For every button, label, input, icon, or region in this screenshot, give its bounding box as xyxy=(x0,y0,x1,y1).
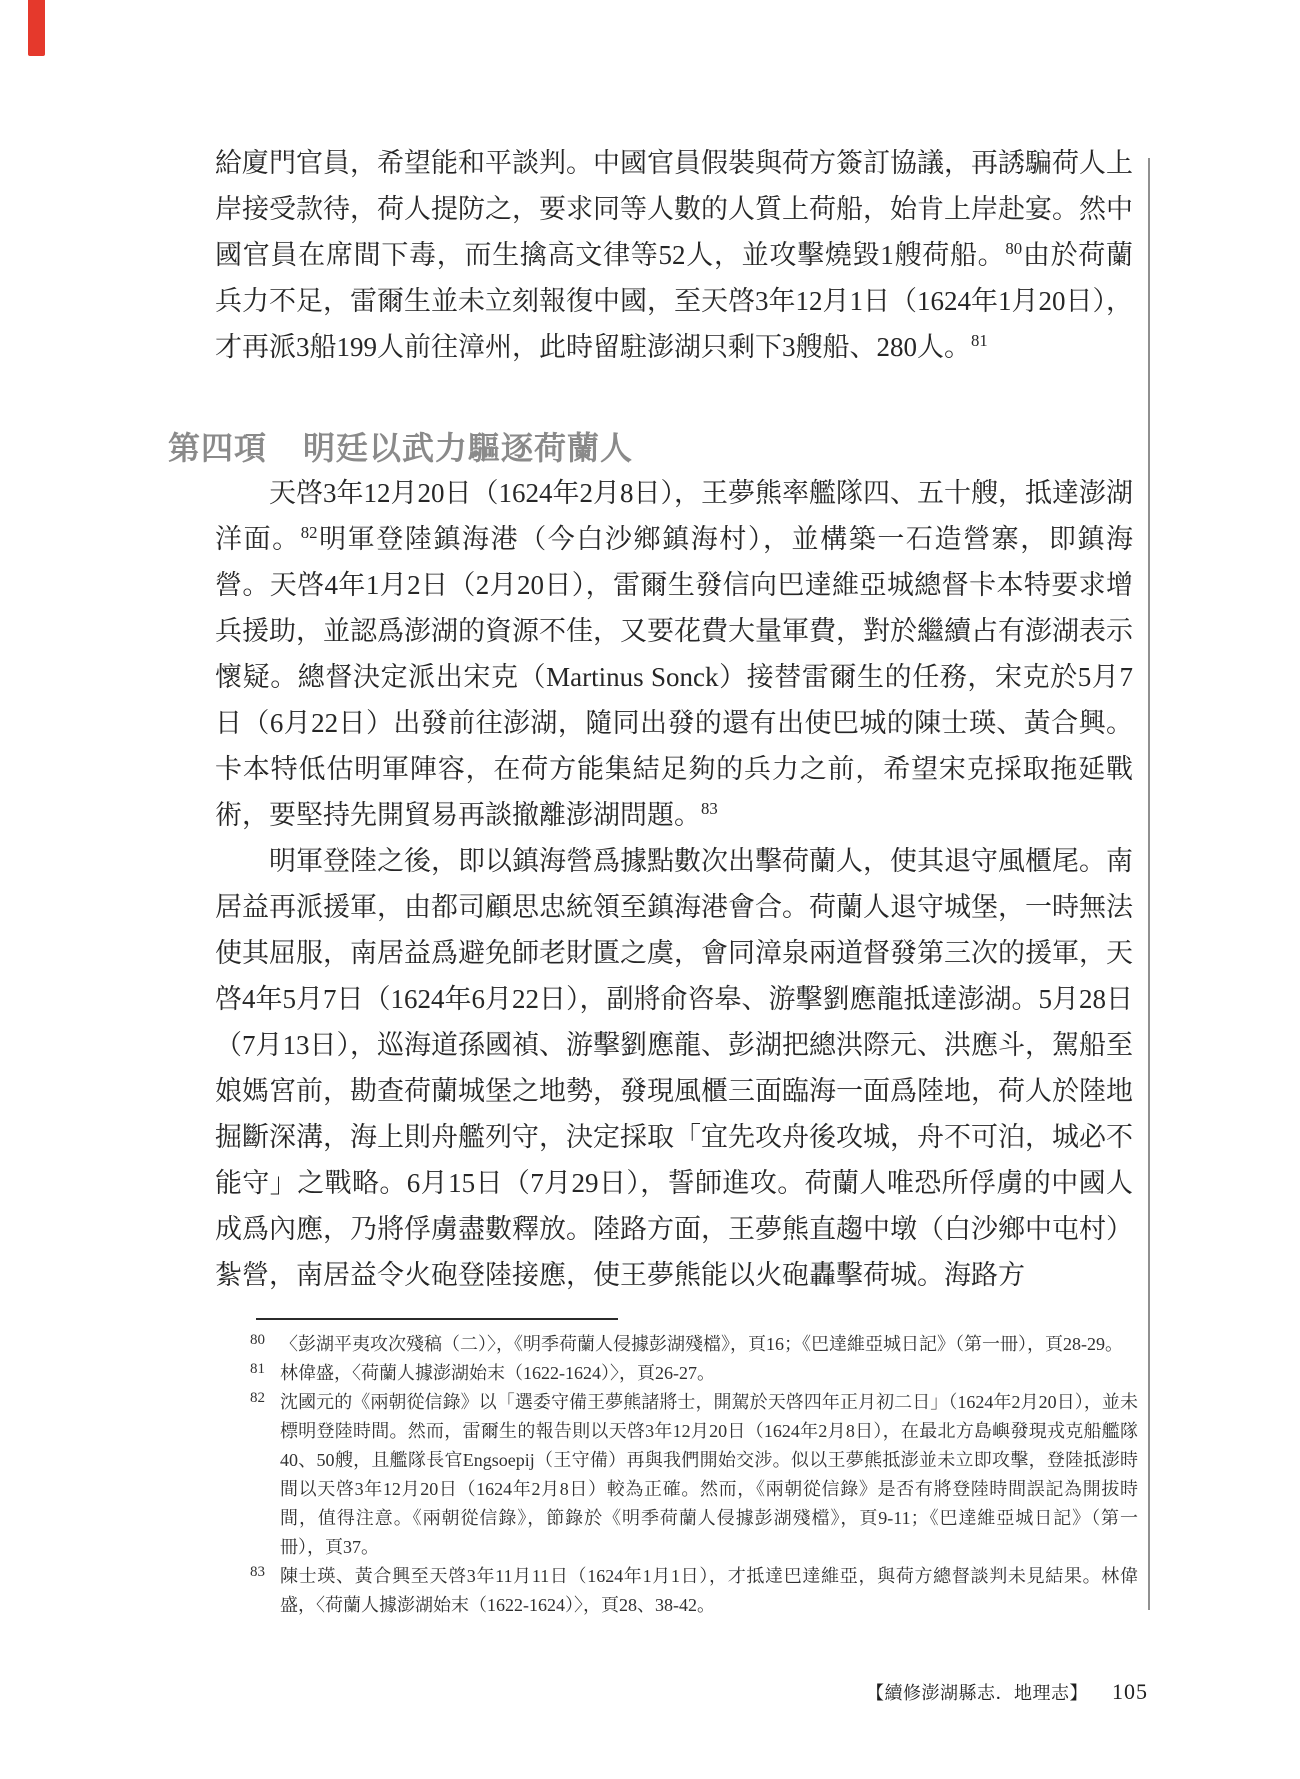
footnote-marker: 83 xyxy=(250,1558,265,1587)
page-footer: 【續修澎湖縣志．地理志】105 xyxy=(866,1680,1148,1705)
body-paragraph-1: 給廈門官員，希望能和平談判。中國官員假裝與荷方簽訂協議，再誘騙荷人上岸接受款待，… xyxy=(215,140,1133,370)
footnote-block: 80 〈彭湖平夷攻次殘稿（二）〉，《明季荷蘭人侵據彭湖殘檔》，頁16；《巴達維亞… xyxy=(250,1330,1138,1620)
footnote-reference: 81 xyxy=(971,331,988,350)
footnote-marker: 82 xyxy=(250,1384,265,1413)
footnote-reference: 83 xyxy=(701,799,718,818)
footnote-item: 80 〈彭湖平夷攻次殘稿（二）〉，《明季荷蘭人侵據彭湖殘檔》，頁16；《巴達維亞… xyxy=(250,1330,1138,1359)
section-heading-number: 第四項 xyxy=(168,430,267,466)
footnote-separator-rule xyxy=(256,1318,618,1320)
page-edge-scan-line xyxy=(1148,158,1150,1610)
section-heading-title: 明廷以武力驅逐荷蘭人 xyxy=(303,430,633,466)
section-heading: 第四項明廷以武力驅逐荷蘭人 xyxy=(168,430,633,466)
footnote-reference: 82 xyxy=(301,523,318,542)
footnote-item: 82 沈國元的《兩朝從信錄》以「選委守備王夢熊諸將士，開駕於天啓四年正月初二日」… xyxy=(250,1388,1138,1562)
footnote-reference: 80 xyxy=(1005,239,1022,258)
book-title: 【續修澎湖縣志．地理志】 xyxy=(866,1683,1088,1703)
body-paragraph-3: 明軍登陸之後，即以鎮海營爲據點數次出擊荷蘭人，使其退守風櫃尾。南居益再派援軍，由… xyxy=(215,838,1133,1298)
page-number: 105 xyxy=(1112,1679,1148,1704)
footnote-text: 沈國元的《兩朝從信錄》以「選委守備王夢熊諸將士，開駕於天啓四年正月初二日」（16… xyxy=(280,1392,1138,1557)
body-paragraph-2: 天啓3年12月20日（1624年2月8日），王夢熊率艦隊四、五十艘，抵達澎湖洋面… xyxy=(215,470,1133,838)
footnote-text: 〈彭湖平夷攻次殘稿（二）〉，《明季荷蘭人侵據彭湖殘檔》，頁16；《巴達維亞城日記… xyxy=(280,1334,1123,1354)
scanned-book-page: 給廈門官員，希望能和平談判。中國官員假裝與荷方簽訂協議，再誘騙荷人上岸接受款待，… xyxy=(0,0,1300,1779)
footnote-text: 林偉盛，〈荷蘭人據澎湖始末（1622-1624）〉，頁26-27。 xyxy=(280,1363,715,1383)
red-edge-tab xyxy=(28,0,45,56)
footnote-marker: 80 xyxy=(250,1326,265,1355)
footnote-text: 陳士瑛、黃合興至天啓3年11月11日（1624年1月1日），才抵達巴達維亞，與荷… xyxy=(280,1566,1138,1615)
footnote-item: 83 陳士瑛、黃合興至天啓3年11月11日（1624年1月1日），才抵達巴達維亞… xyxy=(250,1562,1138,1620)
footnote-item: 81 林偉盛，〈荷蘭人據澎湖始末（1622-1624）〉，頁26-27。 xyxy=(250,1359,1138,1388)
footnote-marker: 81 xyxy=(250,1355,265,1384)
